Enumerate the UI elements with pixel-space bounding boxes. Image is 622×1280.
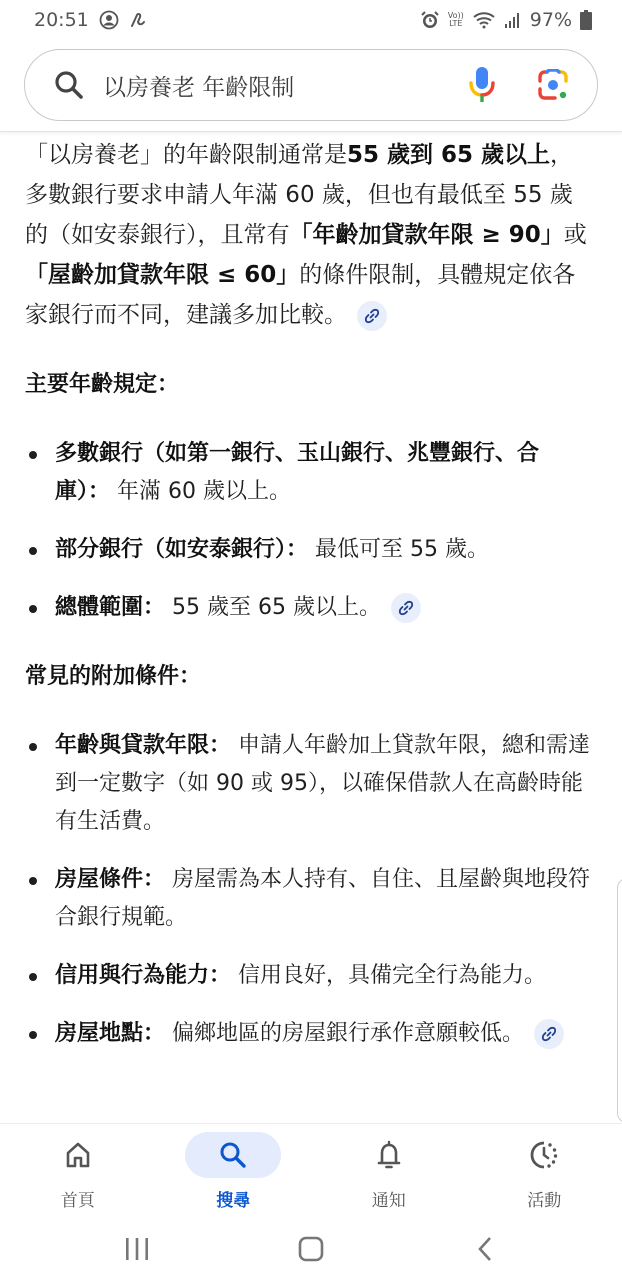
item-text: 55 歲至 65 歲以上。 [165,595,381,620]
nav-label: 通知 [372,1186,406,1211]
source-link-button[interactable] [391,593,421,623]
search-input[interactable]: 以房養老 年齡限制 [103,69,467,102]
search-icon [217,1139,249,1171]
mic-icon[interactable] [467,65,497,105]
nav-pill [185,1132,281,1178]
google-lens-icon[interactable] [537,69,569,101]
recent-apps-button[interactable] [50,1224,224,1274]
lte-label: LTE [449,19,462,28]
app-notification-icon [129,11,147,29]
age-rules-list: 多數銀行（如第一銀行、玉山銀行、兆豐銀行、合庫）： 年滿 60 歲以上。 部分銀… [25,435,592,627]
nav-item-search[interactable]: 搜尋 [156,1124,312,1218]
list-item: 房屋條件： 房屋需為本人持有、自住、且屋齡與地段符合銀行規範。 [25,861,592,937]
section-heading-extra-conditions: 常見的附加條件： [25,661,592,693]
item-label: 房屋條件： [55,867,165,892]
item-text: 最低可至 55 歲。 [308,537,489,562]
list-item: 部分銀行（如安泰銀行）： 最低可至 55 歲。 [25,531,592,569]
back-icon [476,1236,494,1262]
recent-apps-icon [124,1237,150,1261]
activity-icon [528,1139,560,1171]
status-left: 20:51 [34,9,147,31]
bell-icon [374,1139,404,1171]
signal-icon [504,11,522,29]
nav-label: 活動 [527,1186,561,1211]
volte-icon: Vo))LTE [448,12,464,28]
summary-text: 「以房養老」的年齡限制通常是 [25,142,347,168]
item-label: 房屋地點： [55,1021,165,1046]
item-label: 年齡與貸款年限： [55,733,231,758]
nav-label: 搜尋 [216,1186,250,1211]
alarm-icon [420,10,440,30]
link-icon [364,308,380,324]
item-label: 部分銀行（如安泰銀行）： [55,537,308,562]
nav-item-activity[interactable]: 活動 [467,1124,622,1218]
item-text: 年滿 60 歲以上。 [110,479,291,504]
bottom-nav: 首頁 搜尋 通知 活動 [0,1123,622,1218]
link-icon [541,1026,557,1042]
search-header: 以房養老 年齡限制 [0,40,622,132]
source-link-button[interactable] [357,301,387,331]
list-item: 多數銀行（如第一銀行、玉山銀行、兆豐銀行、合庫）： 年滿 60 歲以上。 [25,435,592,511]
summary-text: 或 [564,222,587,248]
search-icon [51,67,87,103]
section-heading-age-rules: 主要年齡規定： [25,369,592,401]
status-bar: 20:51 Vo))LTE 97% [0,0,622,40]
source-link-button[interactable] [534,1019,564,1049]
wifi-icon [472,11,496,29]
back-button[interactable] [398,1224,572,1274]
battery-percent: 97% [530,9,572,31]
item-label: 總體範圍： [55,595,165,620]
summary-highlight: 「年齡加貸款年限 ≥ 90」 [290,222,564,248]
summary-paragraph: 「以房養老」的年齡限制通常是55 歲到 65 歲以上，多數銀行要求申請人年滿 6… [25,135,592,335]
nav-pill [341,1132,437,1178]
summary-highlight: 55 歲到 65 歲以上 [347,142,550,168]
nav-label: 首頁 [61,1186,95,1211]
home-icon [63,1140,93,1170]
item-text: 信用良好，具備完全行為能力。 [231,963,546,988]
battery-icon [580,10,592,30]
nav-pill [496,1132,592,1178]
list-item: 房屋地點： 偏鄉地區的房屋銀行承作意願較低。 [25,1015,592,1053]
status-time: 20:51 [34,9,89,31]
ai-overview-content: 「以房養老」的年齡限制通常是55 歲到 65 歲以上，多數銀行要求申請人年滿 6… [0,133,622,1123]
list-item: 信用與行為能力： 信用良好，具備完全行為能力。 [25,957,592,995]
status-right: Vo))LTE 97% [420,9,592,31]
home-circle-icon [298,1236,324,1262]
item-label: 信用與行為能力： [55,963,231,988]
nav-item-notifications[interactable]: 通知 [311,1124,467,1218]
nav-item-home[interactable]: 首頁 [0,1124,156,1218]
nav-pill [30,1132,126,1178]
item-text: 偏鄉地區的房屋銀行承作意願較低。 [165,1021,524,1046]
list-item: 年齡與貸款年限： 申請人年齡加上貸款年限，總和需達到一定數字（如 90 或 95… [25,727,592,841]
system-nav-bar [0,1218,622,1280]
home-button[interactable] [224,1224,398,1274]
account-icon [99,10,119,30]
search-box[interactable]: 以房養老 年齡限制 [24,49,598,121]
link-icon [398,600,414,616]
summary-highlight: 「屋齡加貸款年限 ≤ 60」 [25,262,299,288]
list-item: 總體範圍： 55 歲至 65 歲以上。 [25,589,592,627]
side-panel-edge[interactable] [617,878,622,1123]
extra-conditions-list: 年齡與貸款年限： 申請人年齡加上貸款年限，總和需達到一定數字（如 90 或 95… [25,727,592,1053]
